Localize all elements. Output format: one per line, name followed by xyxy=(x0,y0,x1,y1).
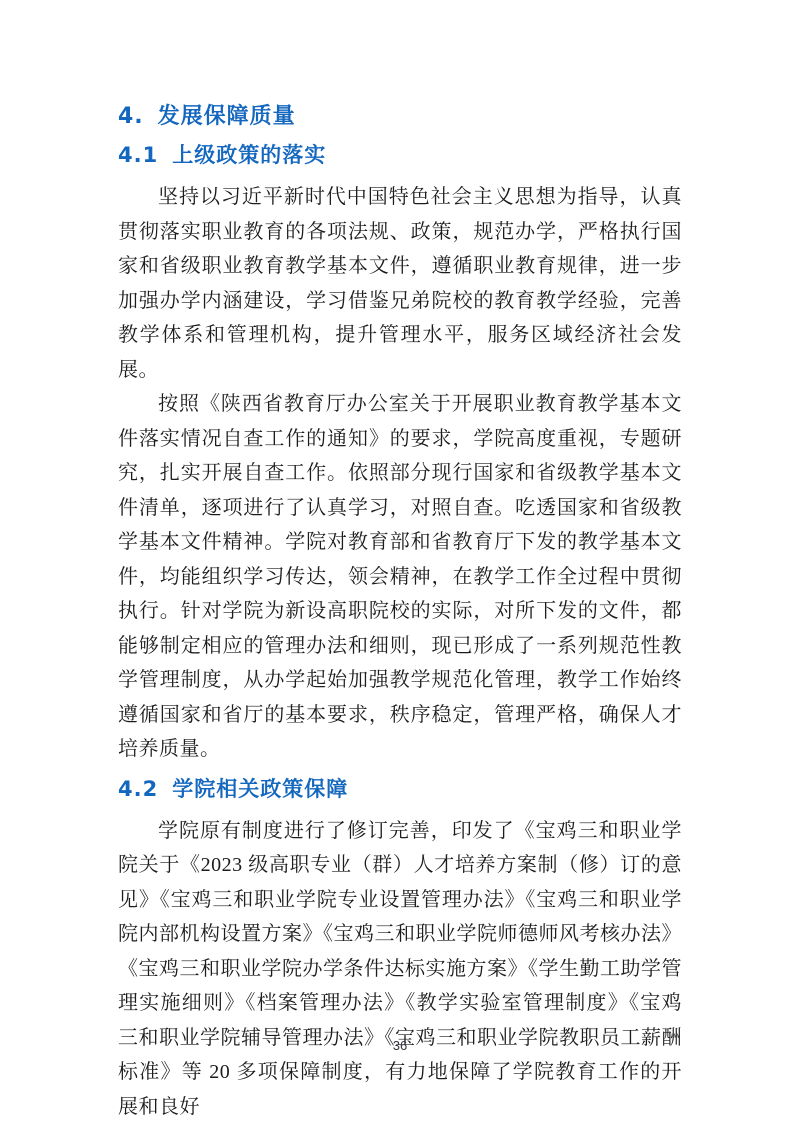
paragraph-4-2-a: 学院原有制度进行了修订完善，印发了《宝鸡三和职业学院关于《2023 级高职专业（… xyxy=(118,814,682,1125)
paragraph-4-1-a: 坚持以习近平新时代中国特色社会主义思想为指导，认真贯彻落实职业教育的各项法规、政… xyxy=(118,180,682,387)
subsection-heading-4-1: 4.1上级政策的落实 xyxy=(118,143,682,168)
paragraph-4-1-b: 按照《陕西省教育厅办公室关于开展职业教育教学基本文件落实情况自查工作的通知》的要… xyxy=(118,387,682,767)
subsection-heading-4-2-title: 学院相关政策保障 xyxy=(172,777,348,801)
document-page: 4.发展保障质量 4.1上级政策的落实 坚持以习近平新时代中国特色社会主义思想为… xyxy=(0,0,800,1131)
subsection-heading-4-2-number: 4.2 xyxy=(118,777,158,801)
subsection-heading-4-2: 4.2学院相关政策保障 xyxy=(118,777,682,802)
subsection-heading-4-1-number: 4.1 xyxy=(118,143,158,167)
page-number: 36 xyxy=(0,1038,800,1053)
section-heading-4: 4.发展保障质量 xyxy=(118,104,682,130)
section-heading-4-number: 4. xyxy=(118,104,144,129)
subsection-heading-4-1-title: 上级政策的落实 xyxy=(172,143,326,167)
section-heading-4-title: 发展保障质量 xyxy=(158,104,296,129)
page-content: 4.发展保障质量 4.1上级政策的落实 坚持以习近平新时代中国特色社会主义思想为… xyxy=(118,104,682,1124)
